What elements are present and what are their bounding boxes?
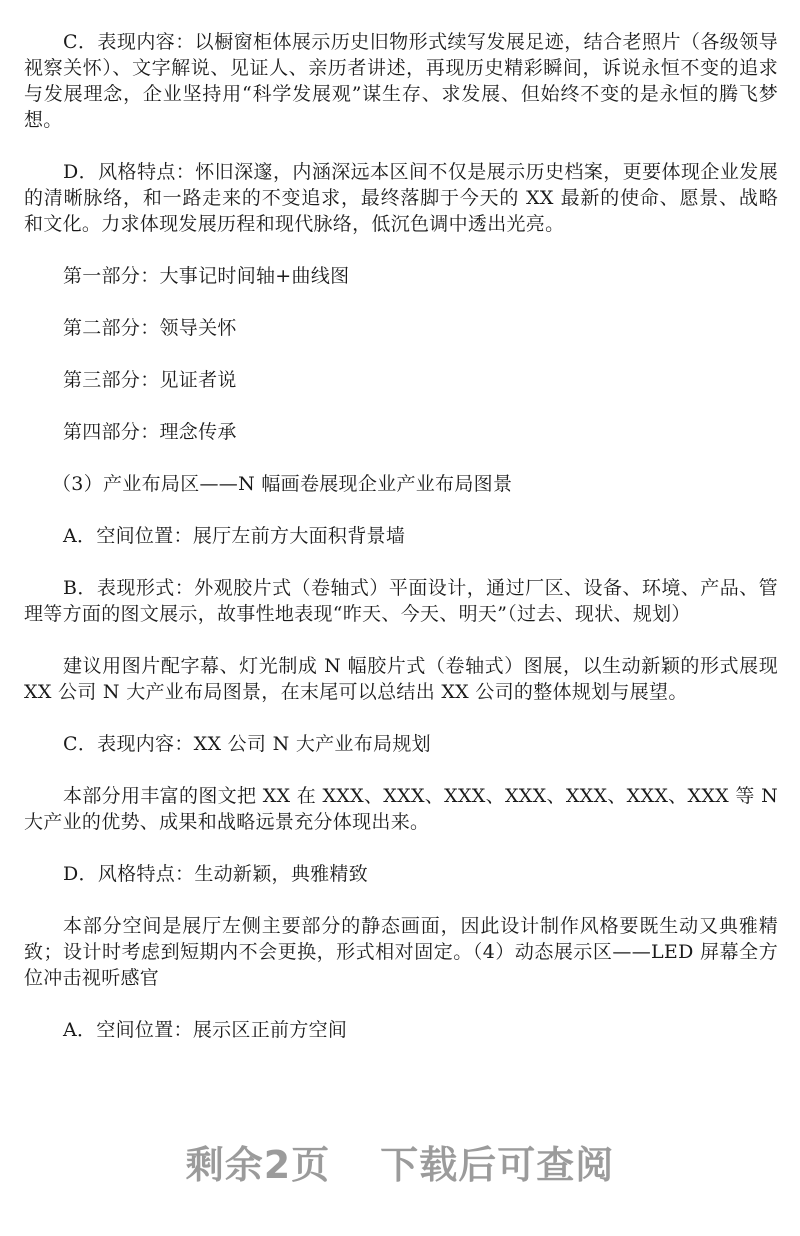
paragraph-b-form: B．表现形式：外观胶片式（卷轴式）平面设计，通过厂区、设备、环境、产品、管理等方… <box>24 575 778 627</box>
download-prompt-banner[interactable]: 剩余2页下载后可查阅 <box>0 1134 800 1189</box>
paragraph-d-style: D．风格特点：怀旧深邃，内涵深远本区间不仅是展示历史档案，更要体现企业发展的清晰… <box>24 159 778 237</box>
paragraph-a-location: A．空间位置：展厅左前方大面积背景墙 <box>24 523 778 549</box>
paragraph-suggestion: 建议用图片配字幕、灯光制成 N 幅胶片式（卷轴式）图展，以生动新颖的形式展现 X… <box>24 653 778 705</box>
paragraph-industries: 本部分用丰富的图文把 XX 在 XXX、XXX、XXX、XXX、XXX、XXX、… <box>24 783 778 835</box>
remaining-pages-label: 剩余2页 <box>186 1143 330 1187</box>
part-one: 第一部分：大事记时间轴+曲线图 <box>24 263 778 289</box>
paragraph-d-features: D．风格特点：生动新颖，典雅精致 <box>24 861 778 887</box>
download-to-view-label[interactable]: 下载后可查阅 <box>380 1143 614 1187</box>
section-heading-industry-layout: （3）产业布局区——N 幅画卷展现企业产业布局图景 <box>24 471 778 497</box>
paragraph-static-space: 本部分空间是展厅左侧主要部分的静态画面，因此设计制作风格要既生动又典雅精致；设计… <box>24 913 778 991</box>
part-three: 第三部分：见证者说 <box>24 367 778 393</box>
part-four: 第四部分：理念传承 <box>24 419 778 445</box>
document-body: C．表现内容：以橱窗柜体展示历史旧物形式续写发展足迹，结合老照片（各级领导视察关… <box>24 29 778 1069</box>
part-two: 第二部分：领导关怀 <box>24 315 778 341</box>
paragraph-c-plan: C．表现内容：XX 公司 N 大产业布局规划 <box>24 731 778 757</box>
paragraph-a-display-location: A．空间位置：展示区正前方空间 <box>24 1017 778 1043</box>
paragraph-c-content: C．表现内容：以橱窗柜体展示历史旧物形式续写发展足迹，结合老照片（各级领导视察关… <box>24 29 778 133</box>
